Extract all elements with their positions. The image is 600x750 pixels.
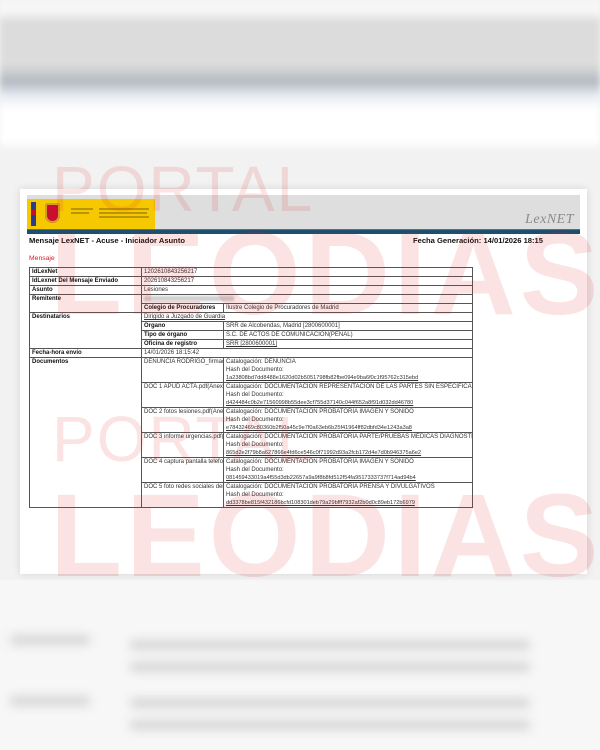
hash-label: Hash del Documento:	[226, 441, 470, 449]
banner-divider	[27, 229, 580, 234]
ministry-text-mark	[99, 212, 147, 214]
ministry-text-mark	[99, 208, 149, 210]
hash-label: Hash del Documento:	[226, 416, 470, 424]
document-file-name: DOC 5 foto redes sociales denunciados.pd…	[142, 483, 224, 508]
blurred-background-footer	[0, 580, 600, 750]
table-row: Destinatarios Dirigido a Juzgado de Guar…	[30, 313, 473, 322]
document-info: Catalogación: DOCUMENTACIÓN PROBATORIA P…	[224, 433, 473, 458]
hash-label: Hash del Documento:	[226, 366, 470, 374]
document-hash: e78432469c80360b2f50a45c9e7f0a63eb6b25f4…	[226, 424, 470, 432]
redacted-text	[144, 296, 234, 301]
table-row: Asunto Lesiones	[30, 286, 473, 295]
field-value: Ilustre Colegio de Procuradores de Madri…	[224, 304, 473, 313]
blurred-text-line	[130, 720, 530, 730]
message-info-table: IdLexNet 1202610843256217 IdLexnet Del M…	[29, 267, 473, 508]
flag-strip-icon	[31, 202, 36, 226]
field-label: Documentos	[30, 358, 142, 508]
ministry-text-mark	[71, 208, 93, 210]
document-hash: 081459433019a4f55d3db22657a9a9f8b8fd512f…	[226, 474, 470, 482]
lexnet-receipt-document: LexNET Mensaje LexNET - Acuse - Iniciado…	[20, 189, 587, 574]
hash-label: Hash del Documento:	[226, 491, 470, 499]
document-row: Documentos DENUNCIA RODRIGO_firmado.pdf(…	[30, 358, 473, 383]
document-file-name: DOC 2 fotos lesiones.pdf(Anexo)	[142, 408, 224, 433]
document-file-name: DOC 1 APUD ACTA.pdf(Anexo)	[142, 383, 224, 408]
field-label: Asunto	[30, 286, 142, 295]
blurred-text-line	[10, 696, 90, 706]
table-row: Remitente	[30, 295, 473, 304]
lexnet-logo: LexNET	[525, 212, 574, 228]
remitente-redacted-value	[142, 295, 473, 304]
document-info: Catalogación: DOCUMENTACIÓN PROBATORIA P…	[224, 483, 473, 508]
section-label-mensaje: Mensaje	[29, 255, 55, 262]
field-value: 202610843256217	[142, 277, 473, 286]
generation-date-value: 14/01/2026 18:15	[483, 236, 543, 245]
table-row: IdLexNet 1202610843256217	[30, 268, 473, 277]
document-catalogation: Catalogación: DENUNCIA	[226, 358, 470, 366]
document-info: Catalogación: DOCUMENTACIÓN REPRESENTACI…	[224, 383, 473, 408]
field-sublabel: Oficina de registro	[142, 340, 224, 349]
blurred-text-line	[130, 662, 530, 672]
document-catalogation: Catalogación: DOCUMENTACIÓN PROBATORIA P…	[226, 433, 470, 441]
field-value: 14/01/2026 18:15:42	[142, 349, 473, 358]
ministry-text-mark	[99, 216, 149, 218]
ministry-text-mark	[71, 212, 89, 214]
document-info: Catalogación: DENUNCIA Hash del Document…	[224, 358, 473, 383]
field-label: Destinatarios	[30, 313, 142, 349]
document-file-name: DOC 4 captura pantalla telefono Ferreira…	[142, 458, 224, 483]
blurred-text-line	[10, 635, 90, 645]
field-value: S.C. DE ACTOS DE COMUNICACIÓN(PENAL)	[224, 331, 473, 340]
hash-label: Hash del Documento:	[226, 391, 470, 399]
document-file-name: DOC 3 informe urgencias.pdf(Anexo)	[142, 433, 224, 458]
field-label: Fecha-hora envío	[30, 349, 142, 358]
document-hash: 865d2e2f79b8a627866e4fd6ce546c0f71992d93…	[226, 449, 470, 457]
blurred-text-line	[130, 640, 530, 650]
generation-date-label: Fecha Generación:	[413, 236, 481, 245]
blurred-background-header	[0, 0, 600, 150]
generation-date: Fecha Generación: 14/01/2026 18:15	[413, 236, 543, 245]
document-catalogation: Catalogación: DOCUMENTACIÓN PROBATORIA P…	[226, 483, 470, 491]
table-row: IdLexnet Del Mensaje Enviado 20261084325…	[30, 277, 473, 286]
hash-label: Hash del Documento:	[226, 466, 470, 474]
field-sublabel: Órgano	[142, 322, 224, 331]
field-label: IdLexNet	[30, 268, 142, 277]
document-hash: 1a23808bd7dd8488e1620d02b5051798fb82fbe0…	[226, 374, 470, 382]
document-info: Catalogación: DOCUMENTACIÓN PROBATORIA I…	[224, 408, 473, 433]
document-hash: dd3378be815f432186bcfd108301deb79a29bfff…	[226, 499, 470, 507]
field-sublabel: Colegio de Procuradores	[142, 304, 224, 313]
spain-government-emblem-icon	[27, 199, 155, 229]
field-label: Remitente	[30, 295, 142, 313]
field-sublabel: Tipo de órgano	[142, 331, 224, 340]
document-banner: LexNET	[27, 195, 580, 229]
document-catalogation: Catalogación: DOCUMENTACIÓN PROBATORIA I…	[226, 408, 470, 416]
document-hash: d424484c0b2e71560998b55dee3cf755d37140c0…	[226, 399, 470, 407]
document-title: Mensaje LexNET - Acuse - Iniciador Asunt…	[29, 236, 185, 245]
field-value: SRR [2800600001]	[224, 340, 473, 349]
document-catalogation: Catalogación: DOCUMENTACIÓN PROBATORIA I…	[226, 458, 470, 466]
field-value: SRR de Alcobendas, Madrid [2800600001]	[224, 322, 473, 331]
field-value: Dirigido a Juzgado de Guardia	[142, 313, 473, 322]
document-file-name: DENUNCIA RODRIGO_firmado.pdf(Principal)	[142, 358, 224, 383]
document-info: Catalogación: DOCUMENTACIÓN PROBATORIA I…	[224, 458, 473, 483]
field-value: 1202610843256217	[142, 268, 473, 277]
field-value: Lesiones	[142, 286, 473, 295]
blurred-text-line	[130, 698, 530, 708]
table-row: Fecha-hora envío 14/01/2026 18:15:42	[30, 349, 473, 358]
document-catalogation: Catalogación: DOCUMENTACIÓN REPRESENTACI…	[226, 383, 470, 391]
coat-of-arms-icon	[45, 203, 60, 223]
field-label: IdLexnet Del Mensaje Enviado	[30, 277, 142, 286]
